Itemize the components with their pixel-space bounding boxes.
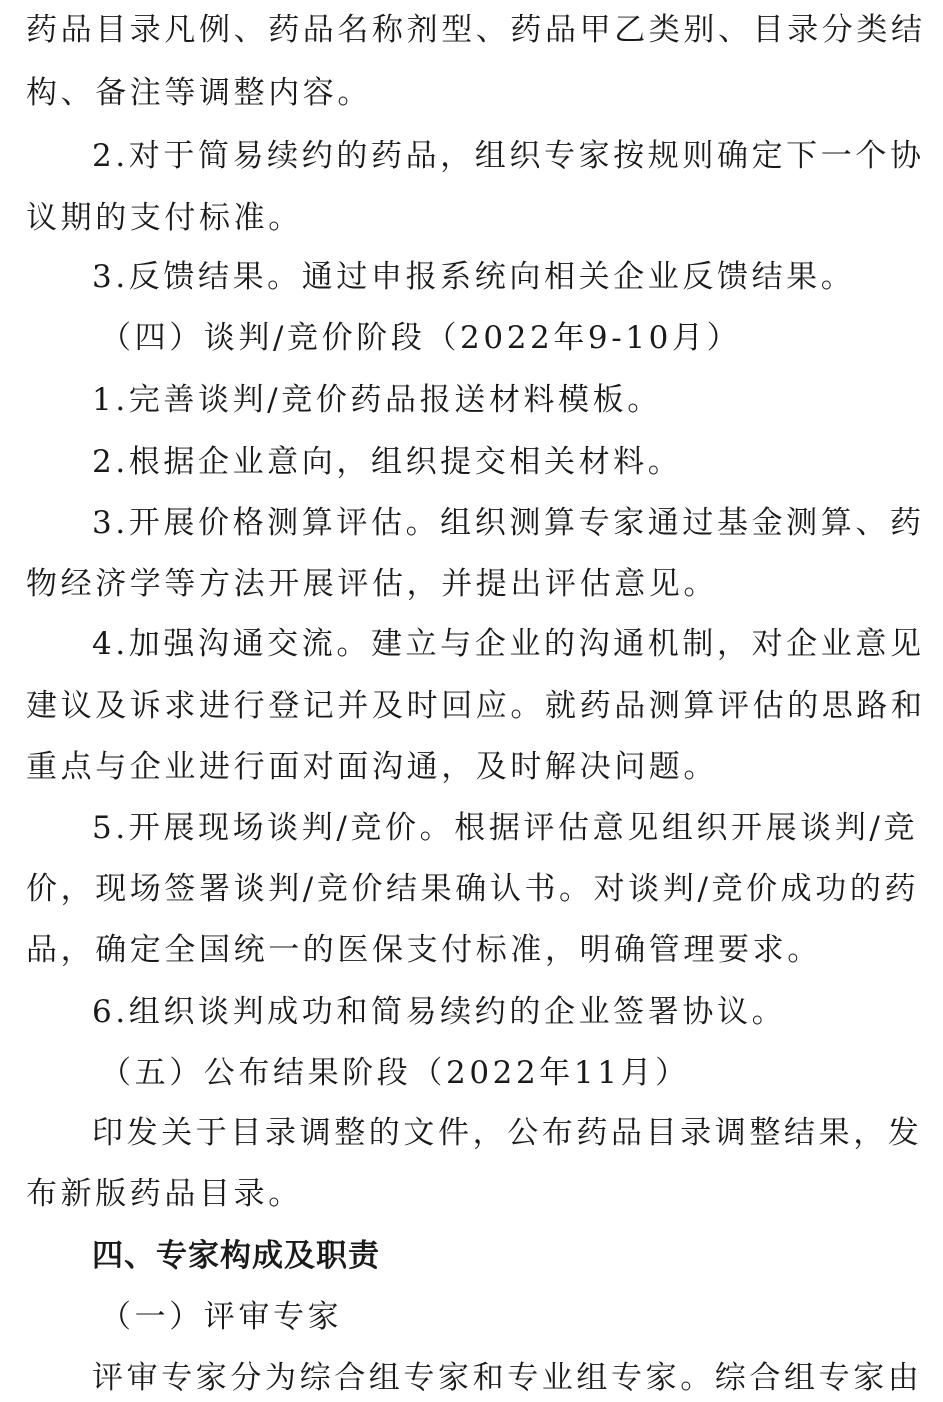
list-item-line: 评审专家分为综合组专家和专业组专家。综合组专家由 [92, 1358, 906, 1398]
list-item-line: 1.完善谈判/竞价药品报送材料模板。 [92, 380, 906, 420]
list-item-line: 3.反馈结果。通过申报系统向相关企业反馈结果。 [92, 257, 906, 297]
list-item-line: 6.组织谈判成功和简易续约的企业签署协议。 [92, 992, 906, 1032]
list-item-line: 2.根据企业意向，组织提交相关材料。 [92, 442, 906, 482]
list-item-line: 印发关于目录调整的文件，公布药品目录调整结果，发 [92, 1113, 906, 1153]
document-page: 药品目录凡例、药品名称剂型、药品甲乙类别、目录分类结 构、备注等调整内容。 2.… [0, 0, 943, 1402]
paragraph-line: 品，确定全国统一的医保支付标准，明确管理要求。 [26, 930, 906, 970]
section-heading: 四、专家构成及职责 [92, 1236, 943, 1276]
section-subheading: （五）公布结果阶段（2022年11月） [100, 1053, 943, 1093]
paragraph-line: 构、备注等调整内容。 [26, 73, 906, 113]
list-item-line: 5.开展现场谈判/竞价。根据评估意见组织开展谈判/竞 [92, 808, 906, 848]
section-subheading: （四）谈判/竞价阶段（2022年9-10月） [100, 318, 943, 358]
paragraph-line: 物经济学等方法开展评估，并提出评估意见。 [26, 564, 906, 604]
list-item-line: 2.对于简易续约的药品，组织专家按规则确定下一个协 [92, 136, 906, 176]
paragraph-line: 建议及诉求进行登记并及时回应。就药品测算评估的思路和 [26, 686, 906, 726]
list-item-line: 3.开展价格测算评估。组织测算专家通过基金测算、药 [92, 503, 906, 543]
paragraph-line: 议期的支付标准。 [26, 198, 906, 238]
paragraph-line: 重点与企业进行面对面沟通，及时解决问题。 [26, 747, 906, 787]
paragraph-line: 价，现场签署谈判/竞价结果确认书。对谈判/竞价成功的药 [26, 869, 906, 909]
list-item-line: 4.加强沟通交流。建立与企业的沟通机制，对企业意见 [92, 624, 906, 664]
paragraph-line: 布新版药品目录。 [26, 1174, 906, 1214]
paragraph-line: 药品目录凡例、药品名称剂型、药品甲乙类别、目录分类结 [26, 10, 906, 50]
section-subheading: （一）评审专家 [100, 1297, 943, 1337]
